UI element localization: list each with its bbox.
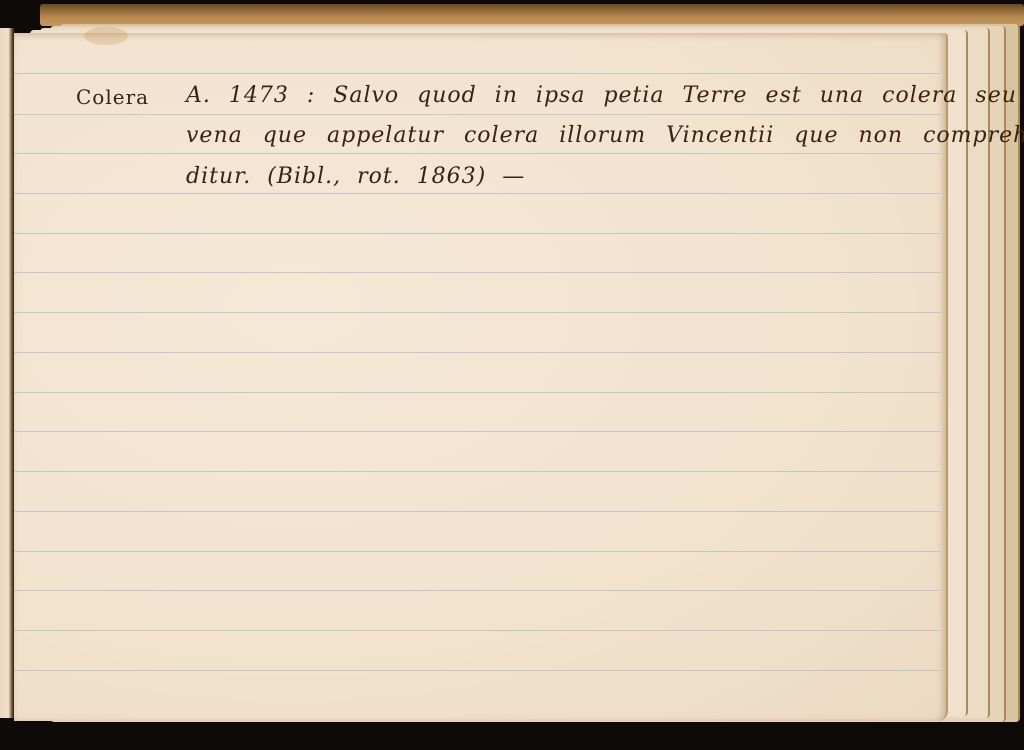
ruled-line xyxy=(14,431,940,432)
handwritten-line-2: vena que appelatur colera illorum Vincen… xyxy=(186,123,1024,148)
ruled-line xyxy=(14,114,940,115)
ruled-line xyxy=(14,233,940,234)
ruled-line xyxy=(14,670,940,671)
ruled-line xyxy=(14,153,940,154)
ruled-line xyxy=(14,193,940,194)
left-page-edge xyxy=(0,28,14,718)
ruled-line xyxy=(14,551,940,552)
ruled-line xyxy=(14,312,940,313)
handwritten-line-3: ditur. (Bibl., rot. 1863) — xyxy=(186,164,525,189)
handwritten-line-1: A. 1473 : Salvo quod in ipsa petia Terre… xyxy=(186,83,1017,108)
ruled-line xyxy=(14,392,940,393)
ruled-line xyxy=(14,272,940,273)
book-cover-top-edge xyxy=(40,4,1024,26)
notebook-page: Colera A. 1473 : Salvo quod in ipsa peti… xyxy=(14,33,948,721)
margin-heading: Colera xyxy=(76,85,149,109)
ruled-line xyxy=(14,511,940,512)
ruled-line xyxy=(14,590,940,591)
ruled-line xyxy=(14,471,940,472)
ruled-line xyxy=(14,630,940,631)
ruled-line xyxy=(14,352,940,353)
ruled-line xyxy=(14,73,940,74)
water-stain xyxy=(84,27,128,45)
